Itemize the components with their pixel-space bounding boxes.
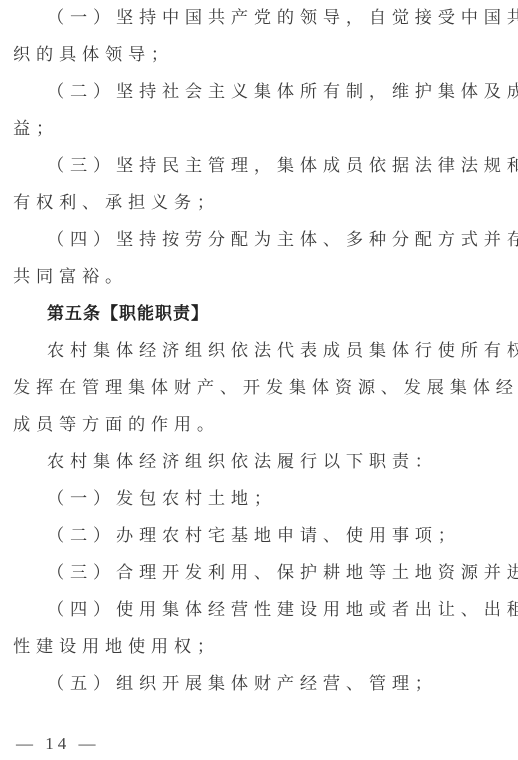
duty-item-1: （一）发包农村土地； xyxy=(47,481,277,518)
principle-4-line-1: （四）坚持按劳分配为主体、多种分配方式并存，促进农村 xyxy=(47,222,518,259)
article-paragraph-line: 成员等方面的作用。 xyxy=(13,407,220,444)
duties-intro: 农村集体经济组织依法履行以下职责： xyxy=(47,444,438,481)
principle-1-line-1: （一）坚持中国共产党的领导，自觉接受中国共产党基层组 xyxy=(47,0,518,37)
duty-item-4-cont: 性建设用地使用权； xyxy=(13,629,220,666)
article-heading: 第五条【职能职责】 xyxy=(47,296,209,333)
principle-2-line-2: 益； xyxy=(13,111,59,148)
principle-4-line-2: 共同富裕。 xyxy=(13,259,128,296)
article-paragraph-line: 农村集体经济组织依法代表成员集体行使所有权，应当充分 xyxy=(47,333,518,370)
principle-3-line-2: 有权利、承担义务； xyxy=(13,185,220,222)
principle-1-line-2: 织的具体领导； xyxy=(13,37,174,74)
article-paragraph-line: 发挥在管理集体财产、开发集体资源、发展集体经济、服务集体 xyxy=(13,370,518,407)
page-number: — 14 — xyxy=(16,734,100,754)
duty-item-2: （二）办理农村宅基地申请、使用事项； xyxy=(47,518,461,555)
principle-3-line-1: （三）坚持民主管理，集体成员依据法律法规和章程平等享 xyxy=(47,148,518,185)
duty-item-3: （三）合理开发利用、保护耕地等土地资源并进行监督； xyxy=(47,555,518,592)
principle-2-line-1: （二）坚持社会主义集体所有制，维护集体及成员的合法权 xyxy=(47,74,518,111)
duty-item-4: （四）使用集体经营性建设用地或者出让、出租等集体经营 xyxy=(47,592,518,629)
duty-item-5: （五）组织开展集体财产经营、管理； xyxy=(47,666,438,703)
